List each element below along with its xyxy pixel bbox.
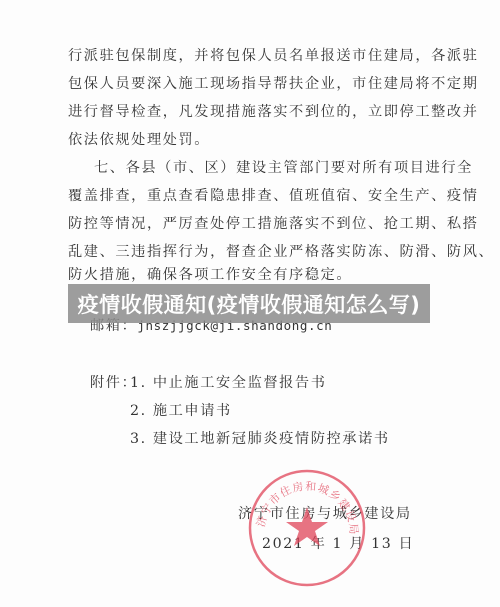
body-line: 进行督导检查，凡发现措施落实不到位的，立即停工整改并 (68, 101, 478, 121)
official-seal-icon: 济宁市住房和城乡建设局 (246, 467, 368, 589)
body-line: 行派驻包保制度，并将包保人员名单报送市住建局，各派驻 (68, 45, 478, 65)
attachment-item: 1. 中止施工安全监督报告书 (130, 372, 327, 392)
title-banner: 疫情收假通知(疫情收假通知怎么写) (68, 284, 430, 323)
body-line: 覆盖排查，重点查看隐患排查、值班值宿、安全生产、疫情 (68, 185, 478, 205)
body-line: 乱建、三违指挥行为，督查企业严格落实防冻、防滑、防风、 (68, 241, 494, 261)
body-line: 防控等情况，严厉查处停工措施落实不到位、抢工期、私搭 (68, 213, 478, 233)
body-line: 包保人员要深入施工现场指导帮扶企业，市住建局将不定期 (68, 73, 478, 93)
body-line: 七、各县（市、区）建设主管部门要对所有项目进行全 (94, 157, 473, 177)
issue-date: 2021 年 1 月 13 日 (262, 533, 414, 553)
banner-title: 疫情收假通知(疫情收假通知怎么写) (78, 289, 421, 319)
issuer-name: 济宁市住房与城乡建设局 (238, 503, 412, 523)
body-line: 依法依规处理处罚。 (68, 129, 210, 149)
attachment-item: 3. 建设工地新冠肺炎疫情防控承诺书 (130, 428, 390, 448)
body-line: 防火措施，确保各项工作安全有序稳定。 (68, 264, 352, 284)
attachment-item: 2. 施工申请书 (130, 400, 232, 420)
